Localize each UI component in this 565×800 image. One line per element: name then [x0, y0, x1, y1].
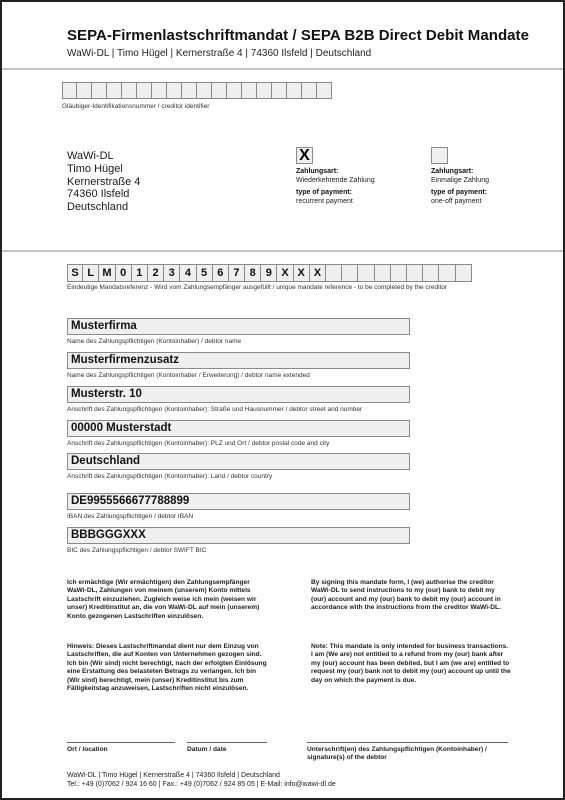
footer: WaWi-DL | Timo Hügel | Kernerstraße 4 | …	[67, 771, 336, 789]
address-line: Deutschland	[67, 201, 140, 214]
creditor-id-char-box[interactable]	[107, 82, 122, 99]
date-label: Datum / date	[187, 746, 227, 754]
mandate-ref-char-box[interactable]	[326, 264, 342, 282]
address-line: WaWi-DL	[67, 150, 140, 163]
recurrent-payment-checkbox[interactable]: X	[296, 147, 313, 164]
header-divider	[2, 68, 563, 70]
creditor-id-char-box[interactable]	[182, 82, 197, 99]
debtor-country-caption: Anschrift des Zahlungspflichtigen (Konto…	[67, 473, 272, 480]
creditor-id-char-box[interactable]	[287, 82, 302, 99]
footer-address: WaWi-DL | Timo Hügel | Kernerstraße 4 | …	[67, 771, 336, 780]
mandate-ref-char-box[interactable]	[423, 264, 439, 282]
location-signature-line[interactable]	[67, 742, 175, 743]
creditor-header-address: WaWi-DL | Timo Hügel | Kernerstraße 4 | …	[67, 48, 371, 59]
creditor-identifier-input[interactable]	[62, 82, 332, 99]
debtor-signature-line[interactable]	[307, 742, 508, 743]
mandate-ref-char-box[interactable]: 4	[180, 264, 196, 282]
mandate-ref-char-box[interactable]	[358, 264, 374, 282]
creditor-identifier-caption: Gläubiger-Identifikationsnummer / credit…	[62, 103, 209, 110]
creditor-id-char-box[interactable]	[212, 82, 227, 99]
page-title: SEPA-Firmenlastschriftmandat / SEPA B2B …	[67, 27, 529, 44]
mandate-ref-char-box[interactable]: M	[99, 264, 115, 282]
mandate-ref-char-box[interactable]: 0	[116, 264, 132, 282]
check-x-icon: X	[299, 147, 310, 165]
one-off-payment-checkbox[interactable]	[431, 147, 448, 164]
creditor-id-char-box[interactable]	[92, 82, 107, 99]
creditor-id-char-box[interactable]	[227, 82, 242, 99]
creditor-id-char-box[interactable]	[257, 82, 272, 99]
address-line: Timo Hügel	[67, 163, 140, 176]
mandate-ref-char-box[interactable]: 6	[213, 264, 229, 282]
mandate-reference-input[interactable]: SLM0123456789XXX	[67, 264, 472, 282]
mandate-ref-char-box[interactable]	[407, 264, 423, 282]
debtor-name-extended-caption: Name des Zahlungspflichtigen (Kontoinhab…	[67, 372, 310, 379]
section-divider	[2, 250, 563, 252]
location-label: Ort / location	[67, 746, 108, 754]
creditor-id-char-box[interactable]	[242, 82, 257, 99]
mandate-ref-char-box[interactable]: X	[277, 264, 293, 282]
mandate-ref-char-box[interactable]: 3	[164, 264, 180, 282]
creditor-id-char-box[interactable]	[272, 82, 287, 99]
debtor-postal-city-field[interactable]: 00000 Musterstadt	[67, 420, 410, 437]
mandate-ref-char-box[interactable]	[375, 264, 391, 282]
debtor-bic-caption: BIC des Zahlungspflichtigen / debtor SWI…	[67, 547, 206, 554]
footer-contact: Tel.: +49 (0)7062 / 924 16 60 | Fax.: +4…	[67, 780, 336, 789]
mandate-ref-char-box[interactable]: X	[294, 264, 310, 282]
mandate-ref-char-box[interactable]: 7	[229, 264, 245, 282]
date-signature-line[interactable]	[187, 742, 267, 743]
creditor-id-char-box[interactable]	[122, 82, 137, 99]
debtor-street-field[interactable]: Musterstr. 10	[67, 386, 410, 403]
mandate-ref-char-box[interactable]: 9	[261, 264, 277, 282]
creditor-id-char-box[interactable]	[137, 82, 152, 99]
debtor-street-caption: Anschrift des Zahlungspflichtigen (Konto…	[67, 406, 362, 413]
creditor-id-char-box[interactable]	[62, 82, 77, 99]
address-line: 74360 Ilsfeld	[67, 188, 140, 201]
mandate-ref-char-box[interactable]	[439, 264, 455, 282]
debtor-iban-field[interactable]: DE9955566677788899	[67, 493, 410, 510]
mandate-ref-char-box[interactable]	[456, 264, 472, 282]
debtor-iban-caption: IBAN des Zahlungspflichtigen / debtor IB…	[67, 513, 193, 520]
address-line: Kernerstraße 4	[67, 176, 140, 189]
creditor-id-char-box[interactable]	[152, 82, 167, 99]
signature-label: Unterschrift(en) des Zahlungspflichtigen…	[307, 746, 507, 763]
authorisation-text-en: By signing this mandate form, I (we) aut…	[311, 579, 511, 613]
payment-type-one-off: Zahlungsart: Einmalige Zahlung type of p…	[431, 168, 489, 206]
debtor-name-field[interactable]: Musterfirma	[67, 318, 410, 335]
mandate-ref-char-box[interactable]	[342, 264, 358, 282]
debtor-name-caption: Name des Zahlungspflichtigen (Kontoinhab…	[67, 338, 241, 345]
note-text-en: Note: This mandate is only intended for …	[311, 643, 511, 685]
creditor-id-char-box[interactable]	[77, 82, 92, 99]
mandate-ref-char-box[interactable]: S	[67, 264, 83, 282]
creditor-address: WaWi-DL Timo Hügel Kernerstraße 4 74360 …	[67, 150, 140, 214]
debtor-name-extended-field[interactable]: Musterfirmenzusatz	[67, 352, 410, 369]
mandate-ref-char-box[interactable]: L	[83, 264, 99, 282]
debtor-country-field[interactable]: Deutschland	[67, 453, 410, 470]
note-text-de: Hinweis: Dieses Lastschriftmandat dient …	[67, 643, 267, 693]
debtor-bic-field[interactable]: BBBGGGXXX	[67, 527, 410, 544]
mandate-ref-char-box[interactable]: 2	[148, 264, 164, 282]
creditor-id-char-box[interactable]	[197, 82, 212, 99]
mandate-ref-char-box[interactable]: 5	[197, 264, 213, 282]
payment-type-recurrent: Zahlungsart: Wiederkehrende Zahlung type…	[296, 168, 375, 206]
creditor-id-char-box[interactable]	[302, 82, 317, 99]
creditor-id-char-box[interactable]	[167, 82, 182, 99]
creditor-id-char-box[interactable]	[317, 82, 332, 99]
authorisation-text-de: Ich ermächtige (Wir ermächtigen) den Zah…	[67, 579, 267, 621]
mandate-ref-char-box[interactable]: 1	[132, 264, 148, 282]
mandate-ref-char-box[interactable]: 8	[245, 264, 261, 282]
mandate-reference-caption: Eindeutige Mandatsreferenz - Wird vom Za…	[67, 284, 447, 291]
mandate-ref-char-box[interactable]	[391, 264, 407, 282]
mandate-ref-char-box[interactable]: X	[310, 264, 326, 282]
debtor-postal-city-caption: Anschrift des Zahlungspflichtigen (Konto…	[67, 440, 329, 447]
